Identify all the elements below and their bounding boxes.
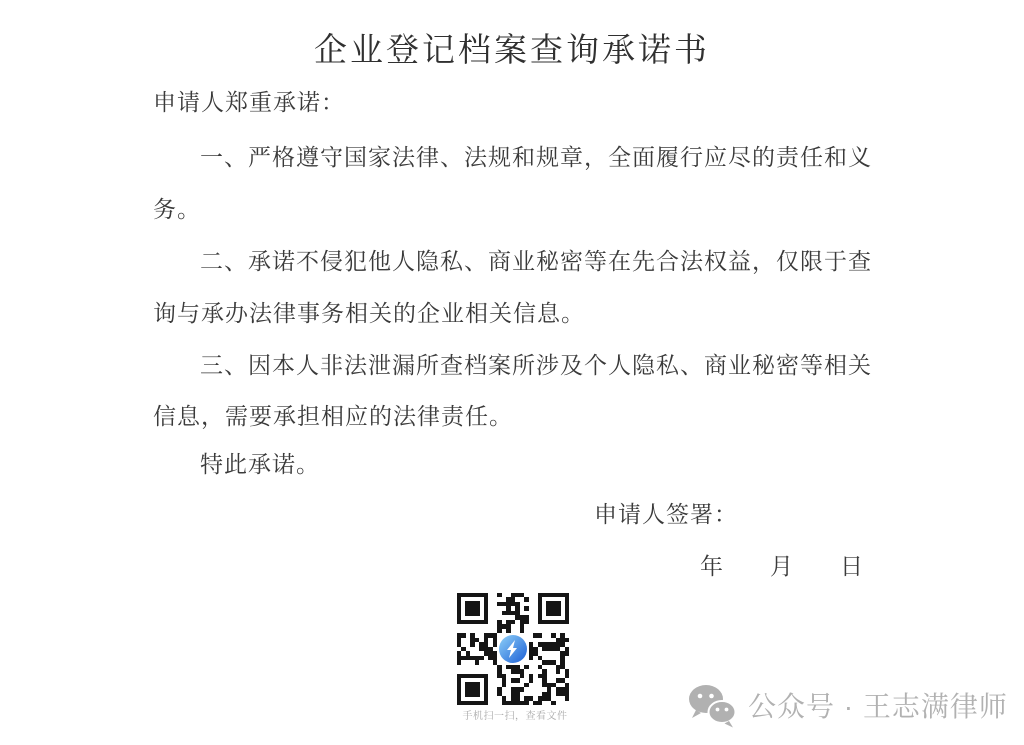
- date-month-label: 月: [770, 548, 793, 581]
- qr-code: [457, 593, 569, 705]
- qr-finder-top-right: [538, 593, 569, 624]
- qr-center-logo-icon: [498, 634, 528, 664]
- date-line: 年 月 日: [700, 548, 863, 581]
- body-line-3: 二、承诺不侵犯他人隐私、商业秘密等在先合法权益，仅限于查: [200, 243, 872, 276]
- body-line-4: 询与承办法律事务相关的企业相关信息。: [153, 295, 585, 328]
- qr-caption: 手机扫一扫，查看文件: [430, 707, 600, 722]
- body-line-5: 三、因本人非法泄漏所查档案所涉及个人隐私、商业秘密等相关: [200, 347, 872, 380]
- watermark-text: 公众号 · 王志满律师: [748, 685, 1008, 725]
- intro-line: 申请人郑重承诺：: [153, 84, 345, 117]
- body-line-1: 一、严格遵守国家法律、法规和规章，全面履行应尽的责任和义: [200, 139, 872, 172]
- document-page: 企业登记档案查询承诺书 申请人郑重承诺： 一、严格遵守国家法律、法规和规章，全面…: [0, 0, 1024, 745]
- wechat-icon: [686, 682, 738, 728]
- page-title: 企业登记档案查询承诺书: [0, 24, 1024, 71]
- date-day-label: 日: [840, 548, 863, 581]
- qr-finder-bottom-left: [457, 674, 488, 705]
- body-line-2: 务。: [153, 191, 201, 224]
- signature-label: 申请人签署：: [594, 496, 738, 529]
- body-line-6: 信息，需要承担相应的法律责任。: [153, 398, 513, 431]
- watermark: 公众号 · 王志满律师: [686, 682, 1008, 728]
- closing-line: 特此承诺。: [200, 446, 320, 479]
- qr-finder-top-left: [457, 593, 488, 624]
- date-year-label: 年: [700, 548, 723, 581]
